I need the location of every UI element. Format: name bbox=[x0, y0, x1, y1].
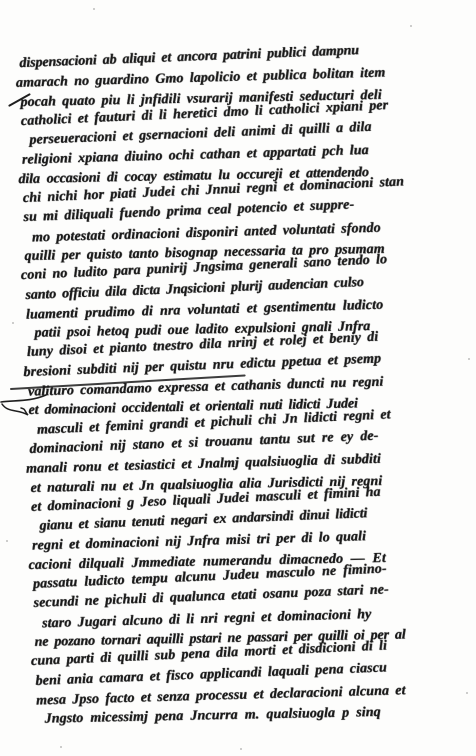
noise-speck bbox=[12, 322, 14, 324]
noise-speck bbox=[466, 692, 468, 694]
manuscript-lines: dispensacioni ab aliqui et ancora patrin… bbox=[19, 43, 467, 729]
noise-speck bbox=[93, 8, 95, 10]
noise-speck bbox=[410, 25, 412, 27]
noise-speck bbox=[240, 748, 242, 750]
noise-speck bbox=[60, 746, 62, 748]
noise-speck bbox=[468, 358, 470, 360]
manuscript-page: dispensacioni ab aliqui et ancora patrin… bbox=[0, 0, 476, 756]
manuscript-text-block: dispensacioni ab aliqui et ancora patrin… bbox=[19, 43, 467, 729]
noise-speck bbox=[6, 540, 8, 542]
